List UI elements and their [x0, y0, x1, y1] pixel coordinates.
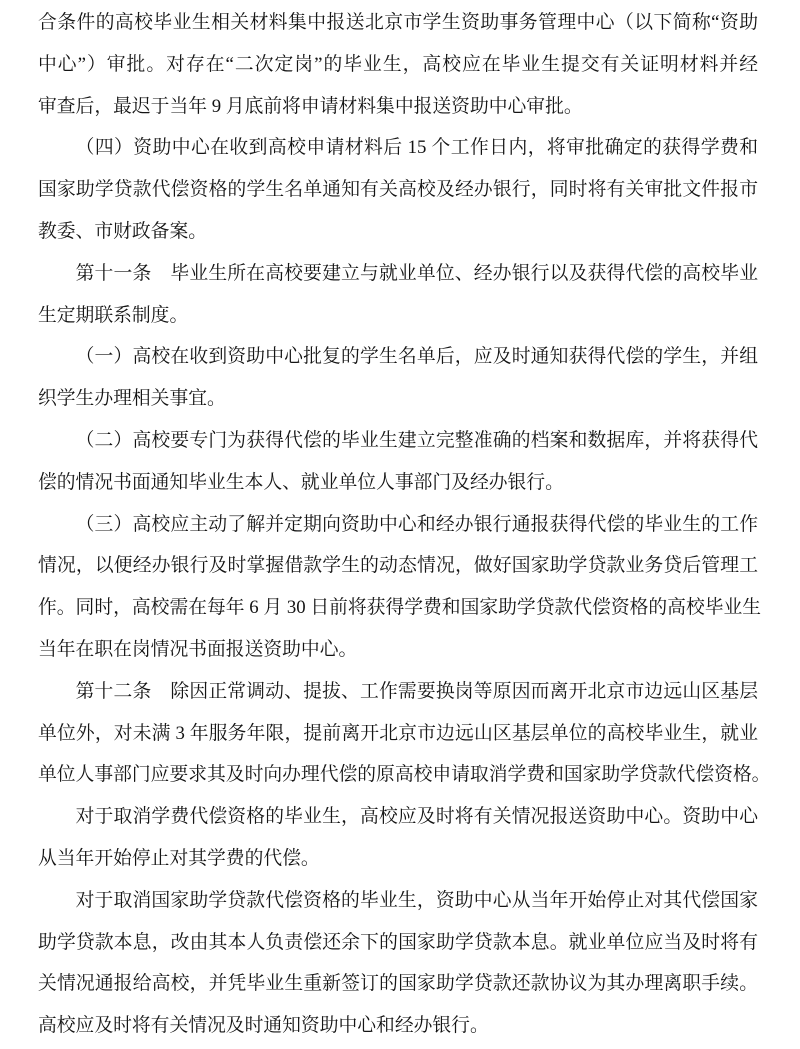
text-line: 教委、市财政备案。: [38, 211, 758, 253]
document-page: 合条件的高校毕业生相关材料集中报送北京市学生资助事务管理中心（以下简称“资助中心…: [0, 0, 800, 1049]
document-body: 合条件的高校毕业生相关材料集中报送北京市学生资助事务管理中心（以下简称“资助中心…: [38, 2, 758, 1047]
text-line: （一）高校在收到资助中心批复的学生名单后，应及时通知获得代偿的学生，并组: [38, 336, 758, 378]
text-line: 审查后，最迟于当年 9 月底前将申请材料集中报送资助中心审批。: [38, 86, 758, 128]
text-line: 中心”）审批。对存在“二次定岗”的毕业生，高校应在毕业生提交有关证明材料并经: [38, 44, 758, 86]
text-line: （二）高校要专门为获得代偿的毕业生建立完整准确的档案和数据库，并将获得代: [38, 420, 758, 462]
text-line: 作。同时，高校需在每年 6 月 30 日前将获得学费和国家助学贷款代偿资格的高校…: [38, 587, 758, 629]
text-line: 第十二条 除因正常调动、提拔、工作需要换岗等原因而离开北京市边远山区基层: [38, 671, 758, 713]
text-line: 从当年开始停止对其学费的代偿。: [38, 838, 758, 880]
text-line: 第十一条 毕业生所在高校要建立与就业单位、经办银行以及获得代偿的高校毕业: [38, 253, 758, 295]
text-line: 织学生办理相关事宜。: [38, 378, 758, 420]
text-line: （四）资助中心在收到高校申请材料后 15 个工作日内，将审批确定的获得学费和: [38, 127, 758, 169]
text-line: 情况，以便经办银行及时掌握借款学生的动态情况，做好国家助学贷款业务贷后管理工: [38, 545, 758, 587]
text-line: 助学贷款本息，改由其本人负责偿还余下的国家助学贷款本息。就业单位应当及时将有: [38, 922, 758, 964]
text-line: 对于取消学费代偿资格的毕业生，高校应及时将有关情况报送资助中心。资助中心: [38, 796, 758, 838]
text-line: （三）高校应主动了解并定期向资助中心和经办银行通报获得代偿的毕业生的工作: [38, 504, 758, 546]
text-line: 单位外，对未满 3 年服务年限，提前离开北京市边远山区基层单位的高校毕业生，就业: [38, 713, 758, 755]
text-line: 当年在职在岗情况书面报送资助中心。: [38, 629, 758, 671]
text-line: 国家助学贷款代偿资格的学生名单通知有关高校及经办银行，同时将有关审批文件报市: [38, 169, 758, 211]
text-line: 单位人事部门应要求其及时向办理代偿的原高校申请取消学费和国家助学贷款代偿资格。: [38, 754, 758, 796]
text-line: 关情况通报给高校，并凭毕业生重新签订的国家助学贷款还款协议为其办理离职手续。: [38, 963, 758, 1005]
text-line: 高校应及时将有关情况及时通知资助中心和经办银行。: [38, 1005, 758, 1047]
text-line: 偿的情况书面通知毕业生本人、就业单位人事部门及经办银行。: [38, 462, 758, 504]
text-line: 合条件的高校毕业生相关材料集中报送北京市学生资助事务管理中心（以下简称“资助: [38, 2, 758, 44]
text-line: 生定期联系制度。: [38, 295, 758, 337]
text-line: 对于取消国家助学贷款代偿资格的毕业生，资助中心从当年开始停止对其代偿国家: [38, 880, 758, 922]
